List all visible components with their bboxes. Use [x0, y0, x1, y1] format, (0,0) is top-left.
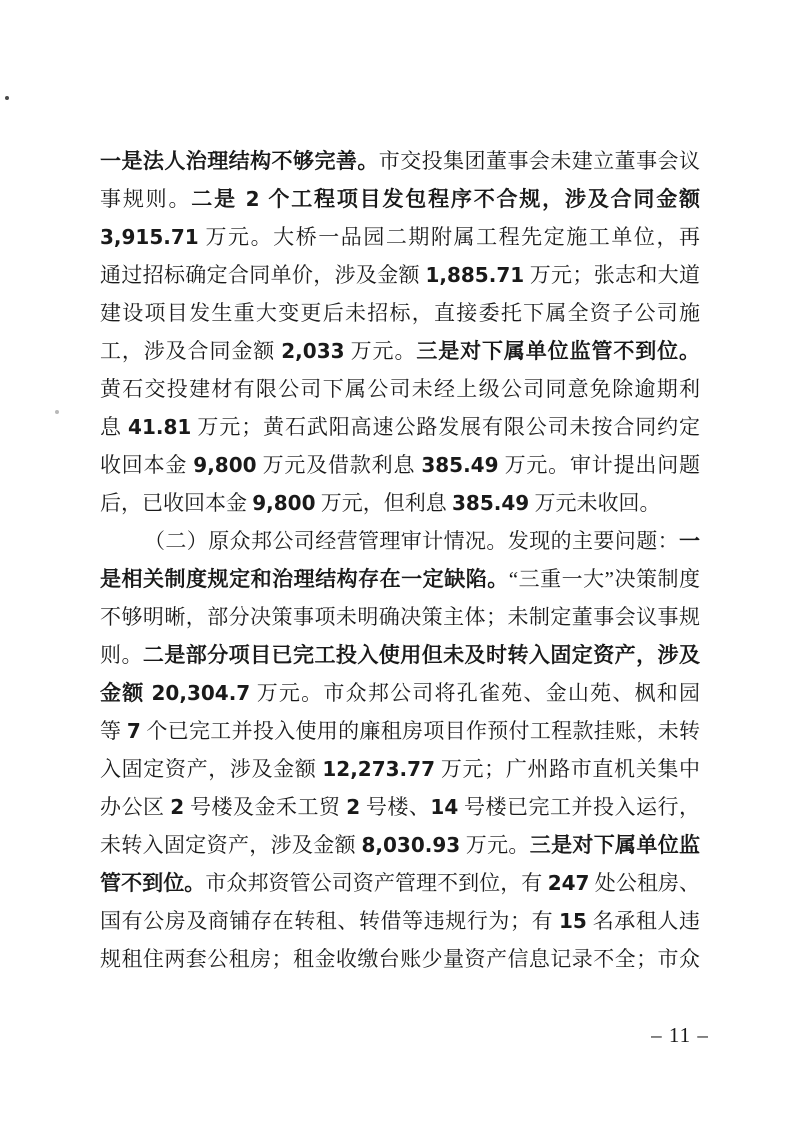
numeric-text-segment: 385.49	[421, 453, 498, 477]
bold-text-segment: 一	[679, 530, 700, 553]
text-segment: 万元。大桥一品园二期附属工程先定施工单位，再	[199, 225, 700, 249]
text-segment: 等	[100, 719, 127, 743]
text-segment: 国有公房及商铺存在转租、转借等违规行为；有	[100, 909, 559, 933]
text-line: 3,915.71 万元。大桥一品园二期附属工程先定施工单位，再	[100, 218, 700, 256]
numeric-text-segment: 2	[346, 795, 360, 819]
text-segment: 工，涉及合同金额	[100, 339, 281, 363]
text-line: 不够明晰，部分决策事项未明确决策主体；未制定董事会议事规	[100, 598, 700, 636]
text-segment: 万元未收回。	[529, 491, 660, 515]
text-segment: 规租住两套公租房；租金收缴台账少量资产信息记录不全；市众	[100, 947, 700, 971]
text-line: 一是法人治理结构不够完善。市交投集团董事会未建立董事会议	[100, 142, 700, 180]
text-segment: 通过招标确定合同单价，涉及金额	[100, 263, 425, 287]
text-line: 则。二是部分项目已完工投入使用但未及时转入固定资产，涉及	[100, 636, 700, 674]
text-segment: 息	[100, 415, 128, 439]
text-line: 等 7 个已完工并投入使用的廉租房项目作预付工程款挂账，未转	[100, 712, 700, 750]
text-segment: 入固定资产，涉及金额	[100, 757, 322, 781]
bold-text-segment: 二是	[191, 188, 237, 211]
text-segment: 万元及借款利息	[257, 453, 422, 477]
text-line: 后，已收回本金 9,800 万元，但利息 385.49 万元未收回。	[100, 484, 700, 522]
numeric-text-segment: 247	[548, 871, 590, 895]
text-line: 规租住两套公租房；租金收缴台账少量资产信息记录不全；市众	[100, 940, 700, 978]
text-segment: 市交投集团董事会未建立董事会议	[379, 149, 700, 173]
document-page: 一是法人治理结构不够完善。市交投集团董事会未建立董事会议事规则。二是 2 个工程…	[0, 0, 800, 1130]
ink-speck	[55, 410, 59, 414]
bold-text-segment: 是相关制度规定和治理结构存在一定缺陷。	[100, 568, 509, 591]
numeric-text-segment: 7	[127, 719, 141, 743]
text-segment: 万元。	[345, 339, 417, 363]
bold-text-segment: 三是对下属单位监	[530, 834, 700, 857]
bold-text-segment: 管不到位。	[100, 872, 205, 895]
text-segment: 名承租人违	[587, 909, 700, 933]
bold-text-segment: 金额	[100, 682, 152, 705]
numeric-text-segment: 2,033	[281, 339, 344, 363]
text-segment: 号楼及金禾工贸	[184, 795, 346, 819]
text-line: 息 41.81 万元；黄石武阳高速公路发展有限公司未按合同约定	[100, 408, 700, 446]
numeric-text-segment: 8,030.93	[361, 833, 460, 857]
text-segment: 万元，但利息	[316, 491, 453, 515]
numeric-text-segment: 14	[430, 795, 458, 819]
text-segment: 个已完工并投入使用的廉租房项目作预付工程款挂账，未转	[141, 719, 700, 743]
text-segment: 万元；张志和大道	[524, 263, 700, 287]
bold-text-segment: 个工程项目发包程序不合规，涉及合同金额	[268, 188, 700, 211]
numeric-text-segment: 20,304.7	[152, 681, 251, 705]
text-segment: 万元。市众邦公司将孔雀苑、金山苑、枫和园	[250, 681, 700, 705]
text-segment: 后，已收回本金	[100, 491, 252, 515]
numeric-text-segment: 2	[170, 795, 184, 819]
document-body: 一是法人治理结构不够完善。市交投集团董事会未建立董事会议事规则。二是 2 个工程…	[100, 142, 700, 978]
text-segment: 建设项目发生重大变更后未招标，直接委托下属全资子公司施	[100, 301, 700, 325]
text-line: 事规则。二是 2 个工程项目发包程序不合规，涉及合同金额	[100, 180, 700, 218]
text-segment: 黄石交投建材有限公司下属公司未经上级公司同意免除逾期利	[100, 377, 700, 401]
bold-text-segment: 一是法人治理结构不够完善。	[100, 150, 379, 173]
text-line: 黄石交投建材有限公司下属公司未经上级公司同意免除逾期利	[100, 370, 700, 408]
text-segment: “三重一大”决策制度	[509, 567, 700, 591]
text-segment: 事规则。	[100, 187, 191, 211]
numeric-text-segment: 41.81	[128, 415, 191, 439]
text-segment: 万元。审计提出问题	[499, 453, 701, 477]
text-segment: 则。	[100, 643, 143, 667]
numeric-text-segment: 385.49	[452, 491, 529, 515]
text-segment: 万元；广州路市直机关集中	[435, 757, 700, 781]
text-line: （二）原众邦公司经营管理审计情况。发现的主要问题：一	[100, 522, 700, 560]
text-segment: （二）原众邦公司经营管理审计情况。发现的主要问题：	[144, 529, 679, 553]
numeric-text-segment: 1,885.71	[425, 263, 524, 287]
page-number: – 11 –	[645, 1021, 715, 1049]
numeric-text-segment: 2	[237, 187, 268, 211]
ink-speck	[5, 96, 9, 100]
numeric-text-segment: 9,800	[193, 453, 256, 477]
text-segment: 未转入固定资产，涉及金额	[100, 833, 361, 857]
text-segment: 收回本金	[100, 453, 193, 477]
bold-text-segment: 三是对下属单位监管不到位。	[416, 340, 700, 363]
text-line: 通过招标确定合同单价，涉及金额 1,885.71 万元；张志和大道	[100, 256, 700, 294]
text-line: 是相关制度规定和治理结构存在一定缺陷。“三重一大”决策制度	[100, 560, 700, 598]
text-segment: 万元；黄石武阳高速公路发展有限公司未按合同约定	[191, 415, 700, 439]
text-line: 入固定资产，涉及金额 12,273.77 万元；广州路市直机关集中	[100, 750, 700, 788]
text-segment: 不够明晰，部分决策事项未明确决策主体；未制定董事会议事规	[100, 605, 700, 629]
text-line: 建设项目发生重大变更后未招标，直接委托下属全资子公司施	[100, 294, 700, 332]
text-line: 收回本金 9,800 万元及借款利息 385.49 万元。审计提出问题	[100, 446, 700, 484]
text-segment: 号楼、	[360, 795, 430, 819]
text-line: 国有公房及商铺存在转租、转借等违规行为；有 15 名承租人违	[100, 902, 700, 940]
text-segment: 市众邦资管公司资产管理不到位，有	[205, 871, 547, 895]
text-segment: 号楼已完工并投入运行，	[458, 795, 700, 819]
text-line: 金额 20,304.7 万元。市众邦公司将孔雀苑、金山苑、枫和园	[100, 674, 700, 712]
text-segment: 万元。	[460, 833, 530, 857]
bold-text-segment: 二是部分项目已完工投入使用但未及时转入固定资产，涉及	[143, 644, 700, 667]
text-line: 工，涉及合同金额 2,033 万元。三是对下属单位监管不到位。	[100, 332, 700, 370]
numeric-text-segment: 9,800	[252, 491, 315, 515]
text-line: 管不到位。市众邦资管公司资产管理不到位，有 247 处公租房、	[100, 864, 700, 902]
text-line: 办公区 2 号楼及金禾工贸 2 号楼、14 号楼已完工并投入运行，	[100, 788, 700, 826]
text-segment: 处公租房、	[589, 871, 700, 895]
numeric-text-segment: 12,273.77	[322, 757, 435, 781]
numeric-text-segment: 3,915.71	[100, 225, 199, 249]
text-segment: 办公区	[100, 795, 170, 819]
text-line: 未转入固定资产，涉及金额 8,030.93 万元。三是对下属单位监	[100, 826, 700, 864]
numeric-text-segment: 15	[559, 909, 587, 933]
